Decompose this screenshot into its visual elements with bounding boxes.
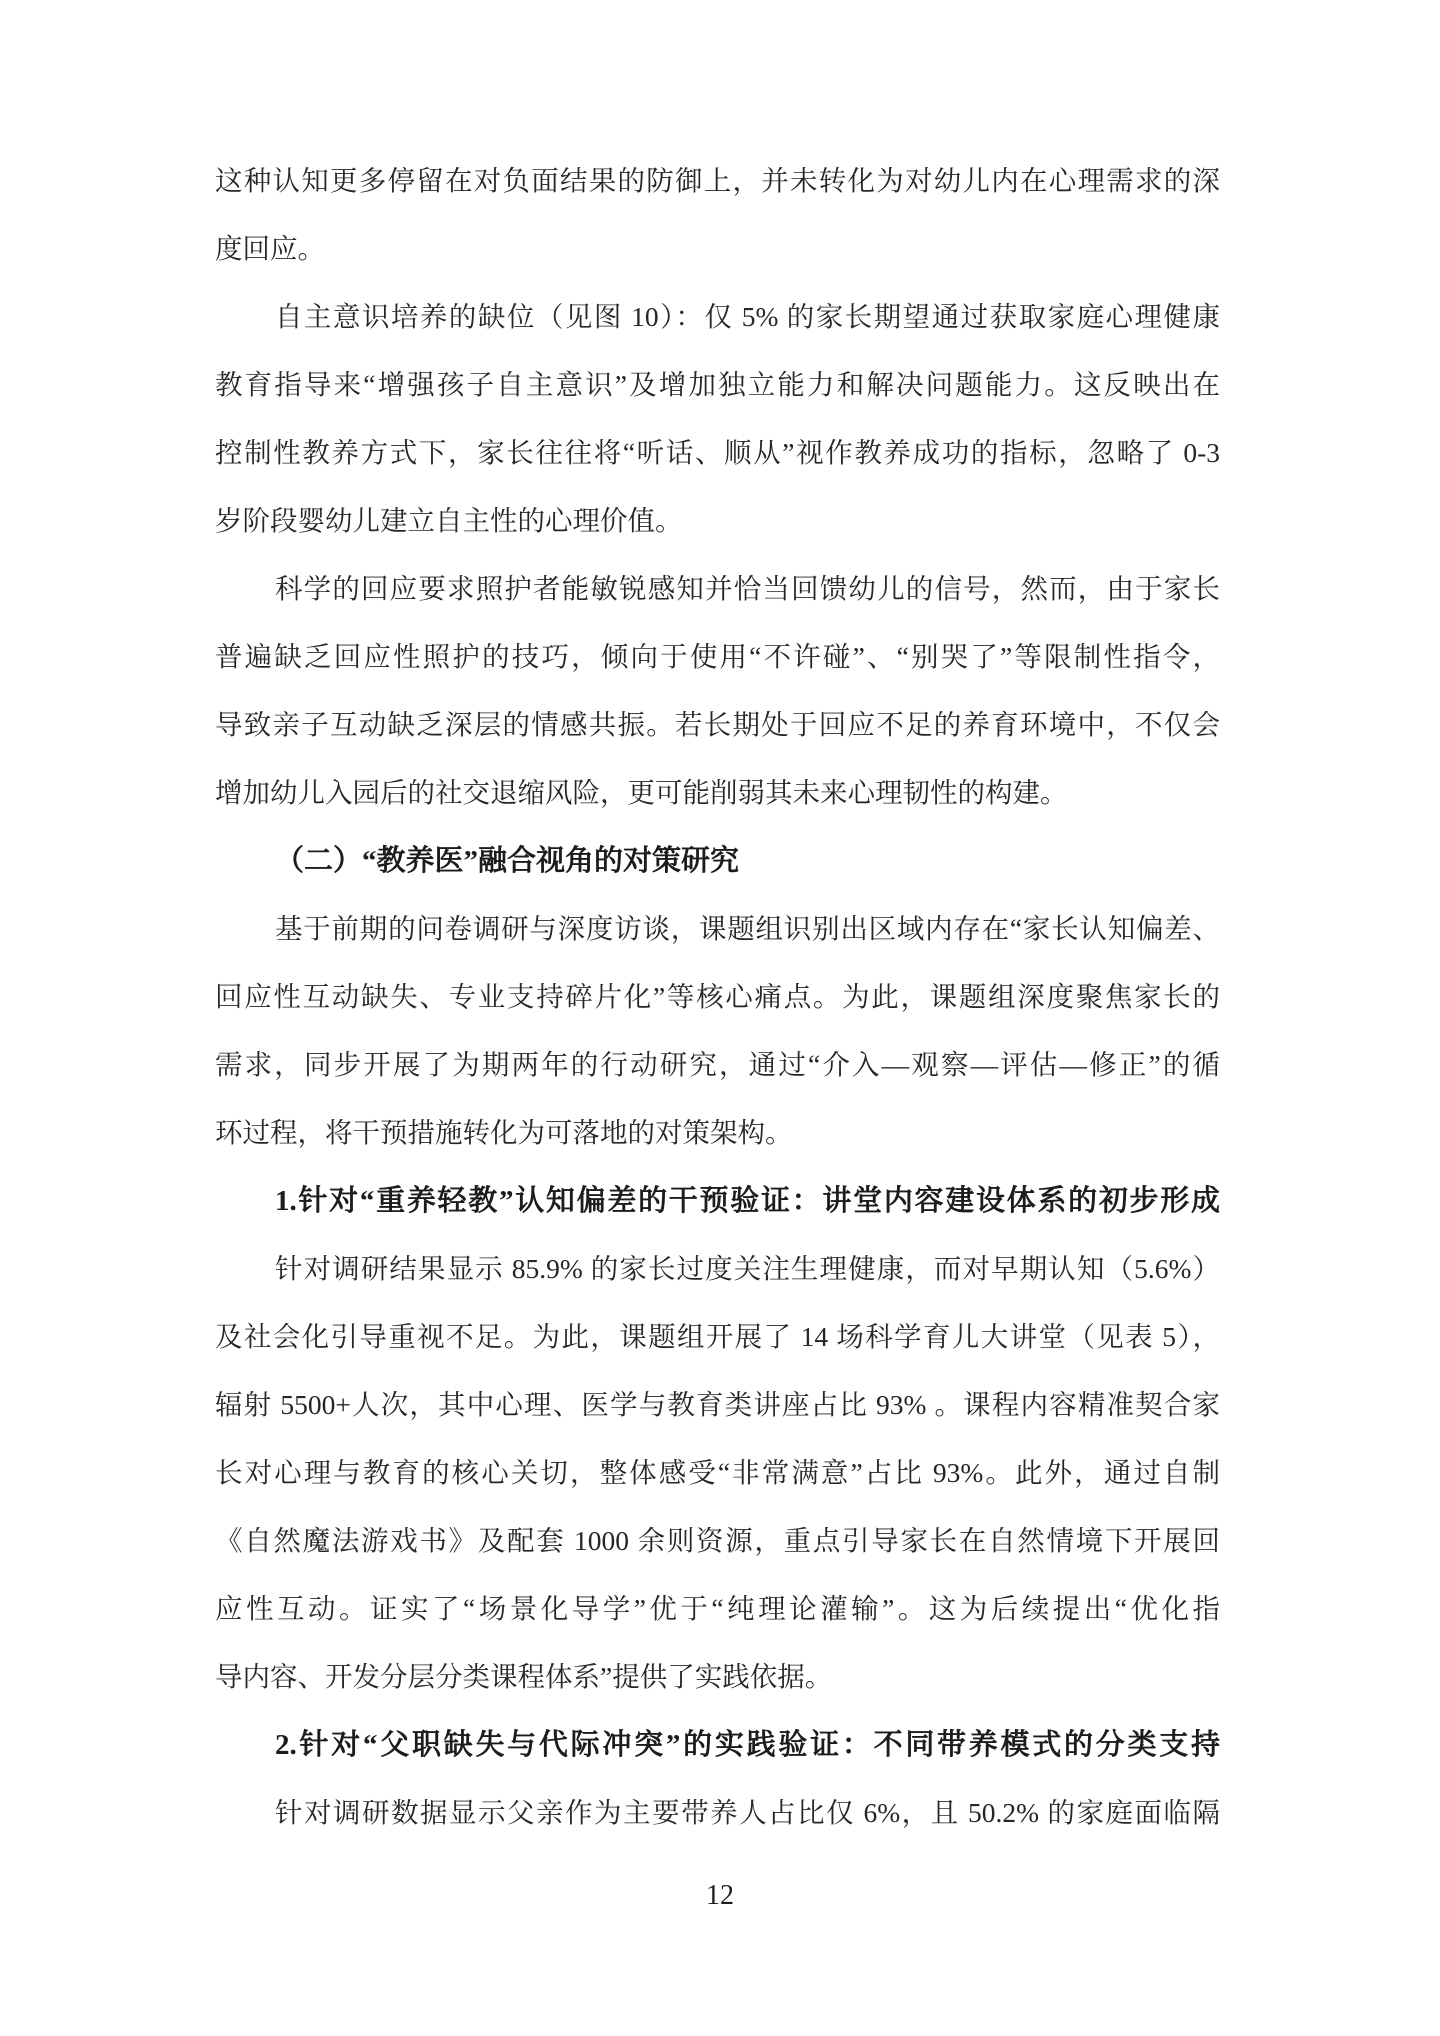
text-line: 环过程，将干预措施转化为可落地的对策架构。 — [215, 1099, 1220, 1167]
heading-line: 1.针对“重养轻教”认知偏差的干预验证：讲堂内容建设体系的初步形成 — [215, 1167, 1220, 1235]
document-body: 这种认知更多停留在对负面结果的防御上，并未转化为对幼儿内在心理需求的深度回应。自… — [215, 147, 1220, 1847]
text-line: 普遍缺乏回应性照护的技巧，倾向于使用“不许碰”、“别哭了”等限制性指令， — [215, 623, 1220, 691]
text-line: 控制性教养方式下，家长往往将“听话、顺从”视作教养成功的指标，忽略了 0-3 — [215, 419, 1220, 487]
text-line: 及社会化引导重视不足。为此，课题组开展了 14 场科学育儿大讲堂（见表 5）， — [215, 1303, 1220, 1371]
heading-line: 2.针对“父职缺失与代际冲突”的实践验证：不同带养模式的分类支持 — [215, 1711, 1220, 1779]
text-line: 度回应。 — [215, 215, 1220, 283]
text-line: 岁阶段婴幼儿建立自主性的心理价值。 — [215, 487, 1220, 555]
text-line: 教育指导来“增强孩子自主意识”及增加独立能力和解决问题能力。这反映出在 — [215, 351, 1220, 419]
text-line: 导内容、开发分层分类课程体系”提供了实践依据。 — [215, 1643, 1220, 1711]
text-line: 《自然魔法游戏书》及配套 1000 余则资源，重点引导家长在自然情境下开展回 — [215, 1507, 1220, 1575]
text-line: 基于前期的问卷调研与深度访谈，课题组识别出区域内存在“家长认知偏差、 — [215, 895, 1220, 963]
text-line: 自主意识培养的缺位（见图 10）：仅 5% 的家长期望通过获取家庭心理健康 — [215, 283, 1220, 351]
text-line: 回应性互动缺失、专业支持碎片化”等核心痛点。为此，课题组深度聚焦家长的 — [215, 963, 1220, 1031]
document-page: 这种认知更多停留在对负面结果的防御上，并未转化为对幼儿内在心理需求的深度回应。自… — [0, 0, 1440, 2036]
text-line: 这种认知更多停留在对负面结果的防御上，并未转化为对幼儿内在心理需求的深 — [215, 147, 1220, 215]
text-line: 导致亲子互动缺乏深层的情感共振。若长期处于回应不足的养育环境中，不仅会 — [215, 691, 1220, 759]
text-line: 应性互动。证实了“场景化导学”优于“纯理论灌输”。这为后续提出“优化指 — [215, 1575, 1220, 1643]
text-line: 增加幼儿入园后的社交退缩风险，更可能削弱其未来心理韧性的构建。 — [215, 759, 1220, 827]
heading-line: （二）“教养医”融合视角的对策研究 — [215, 827, 1220, 895]
text-line: 长对心理与教育的核心关切，整体感受“非常满意”占比 93%。此外，通过自制 — [215, 1439, 1220, 1507]
text-line: 针对调研数据显示父亲作为主要带养人占比仅 6%，且 50.2% 的家庭面临隔 — [215, 1779, 1220, 1847]
text-line: 科学的回应要求照护者能敏锐感知并恰当回馈幼儿的信号，然而，由于家长 — [215, 555, 1220, 623]
text-line: 针对调研结果显示 85.9% 的家长过度关注生理健康，而对早期认知（5.6%） — [215, 1235, 1220, 1303]
text-line: 需求，同步开展了为期两年的行动研究，通过“介入—观察—评估—修正”的循 — [215, 1031, 1220, 1099]
page-number: 12 — [0, 1880, 1440, 1912]
text-line: 辐射 5500+人次，其中心理、医学与教育类讲座占比 93% 。课程内容精准契合… — [215, 1371, 1220, 1439]
